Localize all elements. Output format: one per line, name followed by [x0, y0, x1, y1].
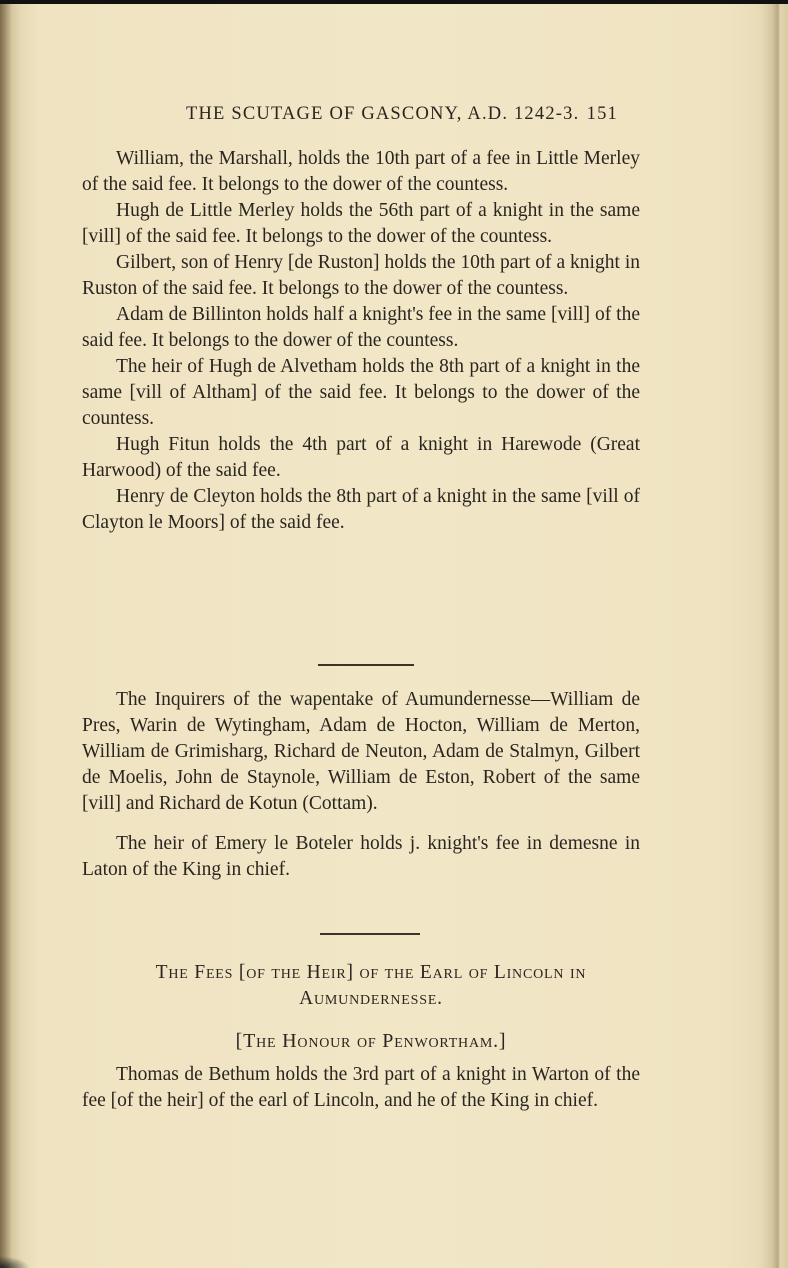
section-divider: [318, 664, 414, 666]
section-lincoln-fees: Thomas de Bethum holds the 3rd part of a…: [82, 1062, 640, 1114]
paragraph: Adam de Billinton holds half a knight's …: [82, 302, 640, 354]
paragraph: Gilbert, son of Henry [de Ruston] holds …: [82, 250, 640, 302]
paragraph: The Inquirers of the wapentake of Aumund…: [82, 687, 640, 817]
running-head: THE SCUTAGE OF GASCONY, A.D. 1242-3. 151: [186, 104, 618, 125]
paragraph: The heir of Hugh de Alvetham holds the 8…: [82, 354, 640, 432]
paragraph: Hugh Fitun holds the 4th part of a knigh…: [82, 432, 640, 484]
paragraph: The heir of Emery le Boteler holds j. kn…: [82, 831, 640, 883]
paragraph: Hugh de Little Merley holds the 56th par…: [82, 198, 640, 250]
section-heading: The Fees [of the Heir] of the Earl of Li…: [82, 960, 660, 1012]
section-subheading: [The Honour of Penwortham.]: [82, 1028, 660, 1054]
paragraph: William, the Marshall, holds the 10th pa…: [82, 146, 640, 198]
section-divider: [320, 933, 420, 935]
paragraph: Henry de Cleyton holds the 8th part of a…: [82, 484, 640, 536]
page-number: 151: [587, 104, 618, 125]
paragraph: Thomas de Bethum holds the 3rd part of a…: [82, 1062, 640, 1114]
section-dower-entries: William, the Marshall, holds the 10th pa…: [82, 146, 640, 536]
running-head-title: THE SCUTAGE OF GASCONY, A.D. 1242-3.: [186, 104, 579, 125]
scan-corner-shadow: [0, 1256, 30, 1268]
scan-edge: [0, 0, 788, 4]
section-inquirers: The Inquirers of the wapentake of Aumund…: [82, 687, 640, 883]
book-page: THE SCUTAGE OF GASCONY, A.D. 1242-3. 151…: [0, 0, 788, 1268]
